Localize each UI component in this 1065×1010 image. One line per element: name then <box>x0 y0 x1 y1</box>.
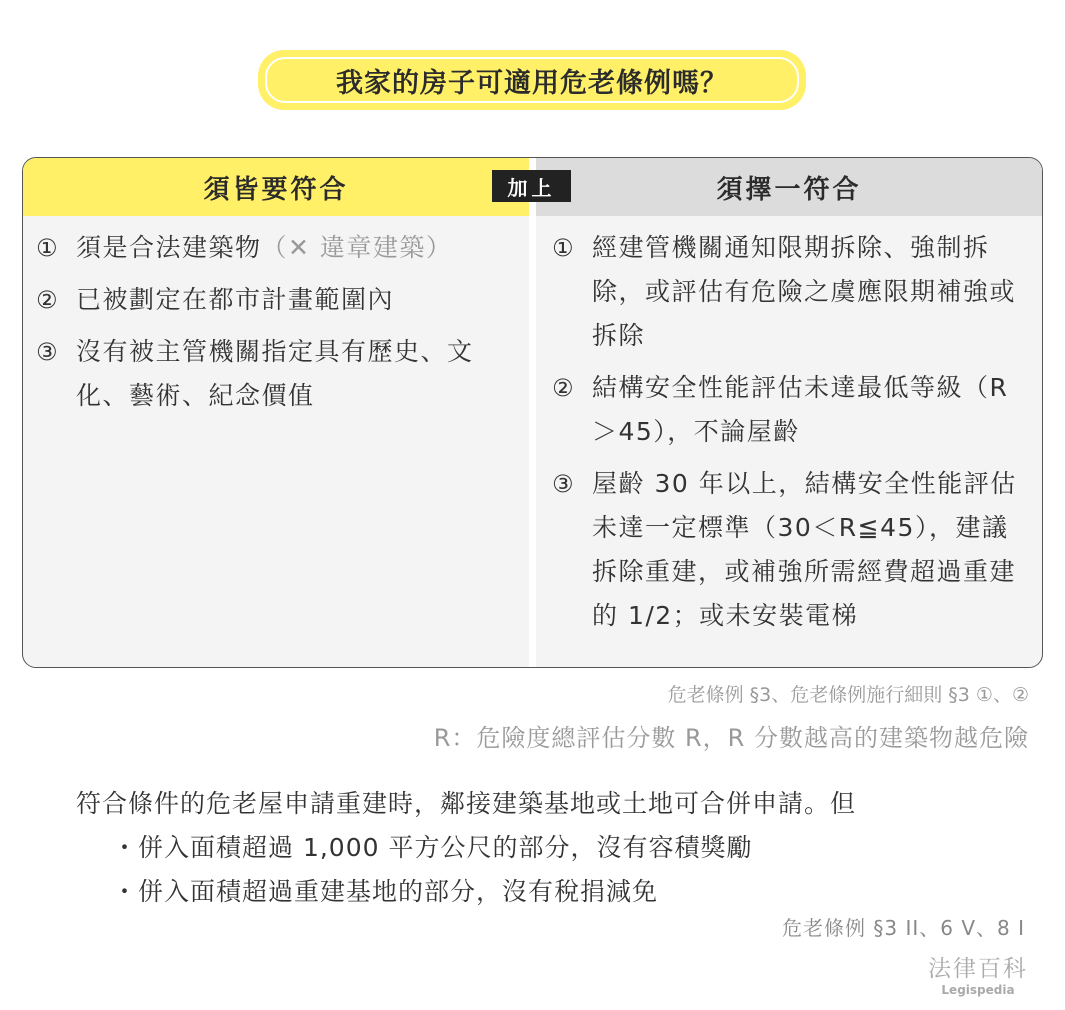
brand-name-en: Legispedia <box>928 983 1028 997</box>
item-text: 沒有被主管機關指定具有歷史、文化、藝術、紀念價值 <box>76 330 496 418</box>
title-banner: 我家的房子可適用危老條例嗎？ <box>260 52 804 108</box>
item-number: ① <box>36 226 76 270</box>
bullet-item: ・併入面積超過重建基地的部分，沒有稅捐減免 <box>76 870 856 914</box>
list-item: ② 已被劃定在都市計畫範圍內 <box>23 278 529 322</box>
must-meet-all-list: ① 須是合法建築物（✕ 違章建築） ② 已被劃定在都市計畫範圍內 ③ 沒有被主管… <box>23 216 529 418</box>
item-text: 已被劃定在都市計畫範圍內 <box>76 278 394 322</box>
item-number: ① <box>552 226 592 358</box>
r-definition-note: R：危險度總評估分數 R，R 分數越高的建築物越危險 <box>434 718 1029 753</box>
item-number: ② <box>36 278 76 322</box>
item-number: ③ <box>552 462 592 638</box>
bullet-item: ・併入面積超過 1,000 平方公尺的部分，沒有容積獎勵 <box>76 826 856 870</box>
criteria-table: 須皆要符合 ① 須是合法建築物（✕ 違章建築） ② 已被劃定在都市計畫範圍內 ③… <box>22 157 1043 668</box>
item-number: ② <box>552 366 592 454</box>
list-item: ② 結構安全性能評估未達最低等級（R＞45），不論屋齡 <box>536 366 1042 454</box>
title-banner-inner: 我家的房子可適用危老條例嗎？ <box>265 57 799 103</box>
item-text: 經建管機關通知限期拆除、強制拆除，或評估有危險之虞應限期補強或拆除 <box>592 226 1022 358</box>
brand-name-cn: 法律百科 <box>928 950 1028 983</box>
paragraph-intro: 符合條件的危老屋申請重建時，鄰接建築基地或土地可合併申請。但 <box>76 782 856 826</box>
item-text: 結構安全性能評估未達最低等級（R＞45），不論屋齡 <box>592 366 1022 454</box>
item-text: 須是合法建築物（✕ 違章建築） <box>76 226 452 270</box>
page-title: 我家的房子可適用危老條例嗎？ <box>336 61 728 100</box>
must-meet-one-list: ① 經建管機關通知限期拆除、強制拆除，或評估有危險之虞應限期補強或拆除 ② 結構… <box>536 216 1042 638</box>
list-item: ① 經建管機關通知限期拆除、強制拆除，或評估有危險之虞應限期補強或拆除 <box>536 226 1042 358</box>
must-meet-all-heading: 須皆要符合 <box>23 158 529 216</box>
item-text: 屋齡 30 年以上，結構安全性能評估未達一定標準（30＜R≦45），建議拆除重建… <box>592 462 1032 638</box>
list-item: ③ 沒有被主管機關指定具有歷史、文化、藝術、紀念價值 <box>23 330 529 418</box>
must-meet-all-column: 須皆要符合 ① 須是合法建築物（✕ 違章建築） ② 已被劃定在都市計畫範圍內 ③… <box>23 158 529 667</box>
column-divider <box>529 158 536 667</box>
list-item: ① 須是合法建築物（✕ 違章建築） <box>23 226 529 270</box>
must-meet-one-column: 須擇一符合 ① 經建管機關通知限期拆除、強制拆除，或評估有危險之虞應限期補強或拆… <box>536 158 1042 667</box>
list-item: ③ 屋齡 30 年以上，結構安全性能評估未達一定標準（30＜R≦45），建議拆除… <box>536 462 1042 638</box>
item-text-note: （✕ 違章建築） <box>262 233 453 262</box>
brand-logo: 法律百科 Legispedia <box>928 950 1028 997</box>
legal-reference: 危老條例 §3、危老條例施行細則 §3 ①、② <box>668 680 1029 707</box>
paragraph-legal-reference: 危老條例 §3 II、6 V、8 I <box>782 912 1025 941</box>
plus-badge: 加上 <box>492 170 571 202</box>
item-number: ③ <box>36 330 76 418</box>
must-meet-one-heading: 須擇一符合 <box>536 158 1042 216</box>
item-text-main: 須是合法建築物 <box>76 233 262 262</box>
merge-application-paragraph: 符合條件的危老屋申請重建時，鄰接建築基地或土地可合併申請。但 ・併入面積超過 1… <box>76 782 856 914</box>
